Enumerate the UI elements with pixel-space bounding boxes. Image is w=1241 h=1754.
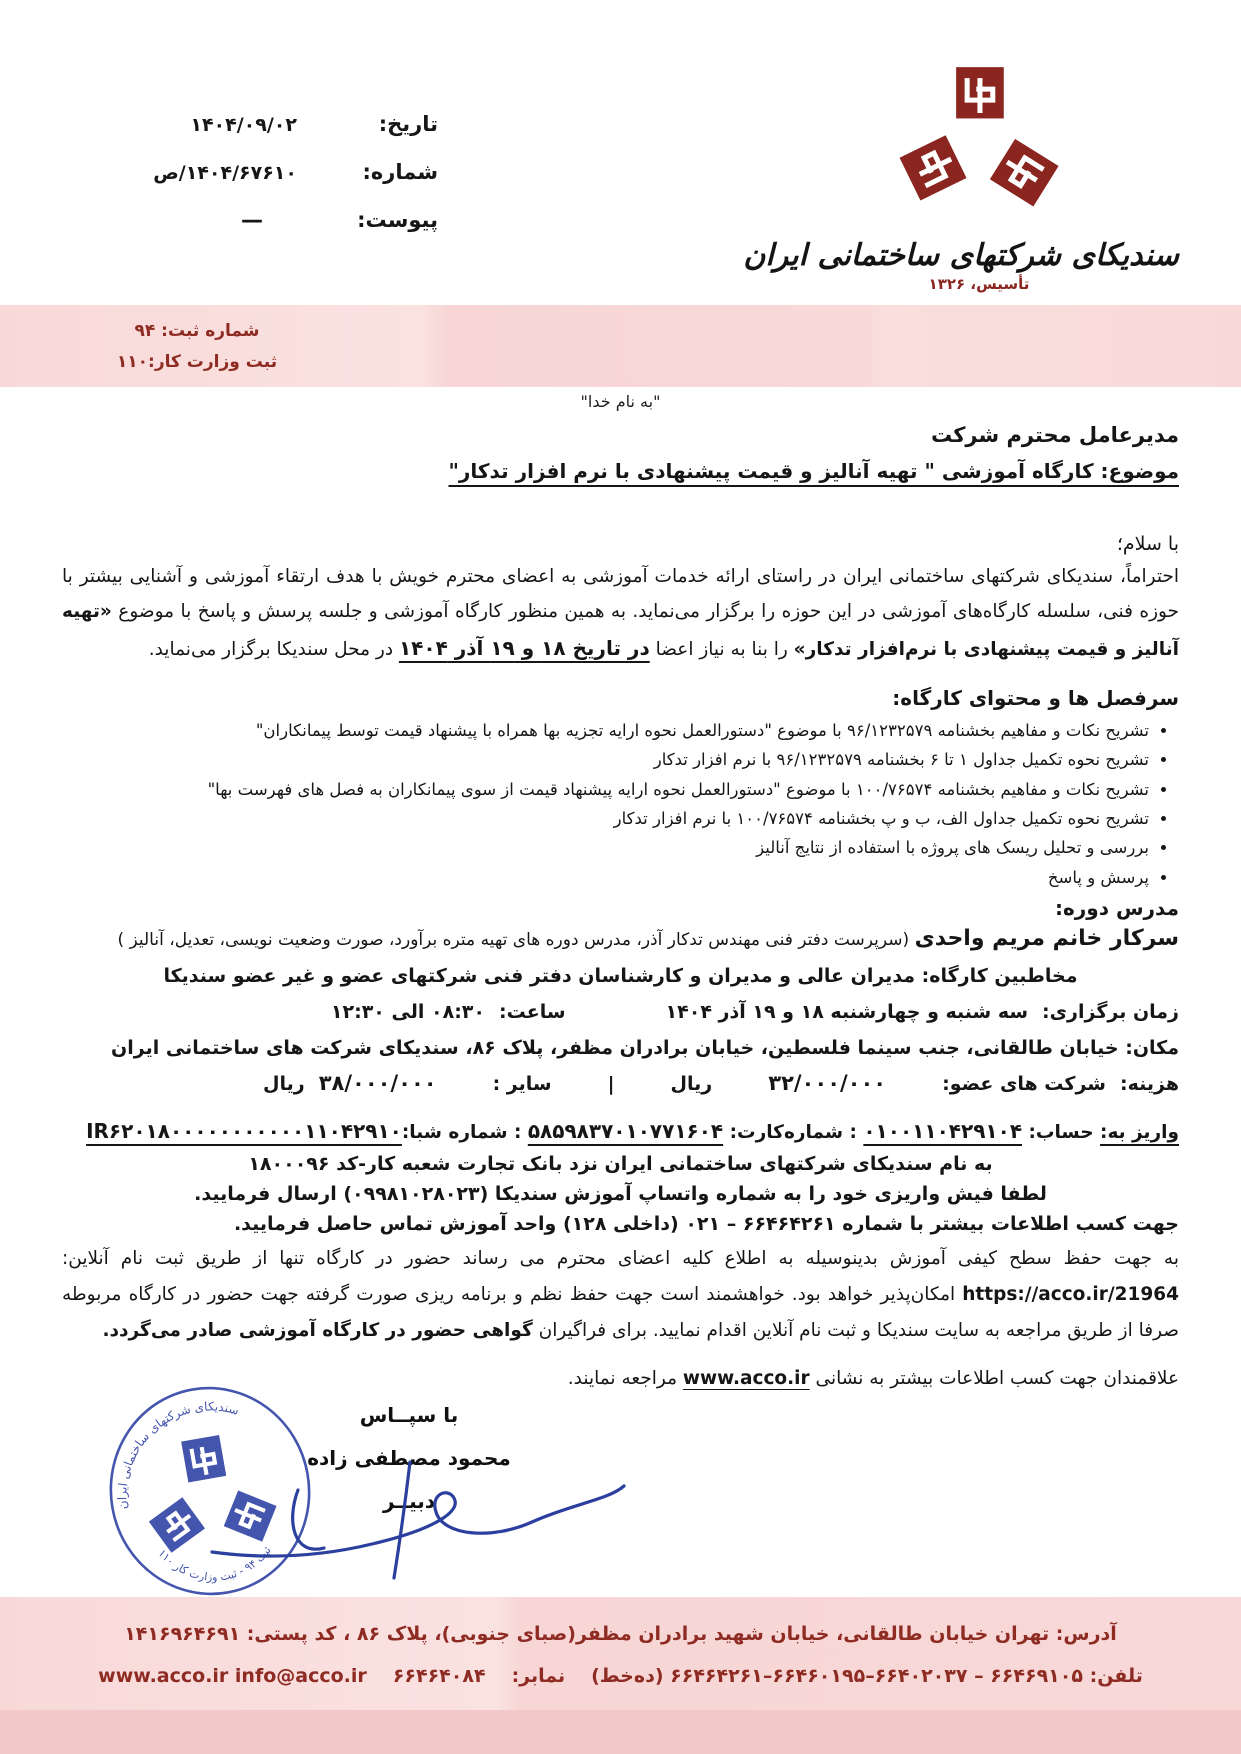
attachment-label: پیوست: — [333, 208, 438, 232]
recipient-line: مدیرعامل محترم شرکت — [62, 423, 1179, 447]
card-number: ۵۸۵۹۸۳۷۰۱۰۷۷۱۶۰۴ — [528, 1119, 723, 1143]
topic-item: تشریح نکات و مفاهیم بخشنامه ۱۰۰/۷۶۵۷۴ با… — [62, 775, 1149, 804]
footer-fax-value: ۶۶۴۶۴۰۸۴ — [393, 1665, 486, 1687]
topic-item: تشریح نکات و مفاهیم بخشنامه ۹۶/۱۲۳۲۵۷۹ ب… — [62, 716, 1149, 745]
website-url: www.acco.ir — [683, 1368, 810, 1389]
salutation: با سلام؛ — [62, 533, 1179, 555]
footer-website-email: www.acco.ir info@acco.ir — [98, 1665, 367, 1687]
topics-heading: سرفصل ها و محتوای کارگاه: — [62, 686, 1179, 710]
certificate-note-bold: گواهی حضور در کارگاه آموزشی صادر می‌گردد… — [103, 1320, 533, 1341]
payment-line: واریز به: حساب: ۰۱۰۰۱۱۰۴۲۹۱۰۴ : شماره‌کا… — [62, 1119, 1179, 1143]
card-label: : شماره‌کارت: — [730, 1122, 864, 1143]
scanned-letter-page: تاریخ: ۱۴۰۴/۰۹/۰۲ شماره: ۱۴۰۴/۶۷۶۱۰/ص پی… — [0, 0, 1241, 1754]
topic-item: پرسش و پاسخ — [62, 863, 1149, 892]
sheba-number: IR۶۲۰۱۸۰۰۰۰۰۰۰۰۰۰۰۱۱۰۴۲۹۱۰ — [86, 1119, 402, 1143]
location-value: خیابان طالقانی، جنب سینما فلسطین، خیابان… — [111, 1037, 1125, 1059]
location-line: مکان: خیابان طالقانی، جنب سینما فلسطین، … — [62, 1037, 1179, 1059]
org-name-calligraphy: سندیکای شرکتهای ساختمانی ایران — [779, 238, 1179, 273]
footer-contact-line: تلفن: ۶۶۴۶۹۱۰۵ – ۶۶۴۰۲۰۳۷–۶۶۴۶۰۱۹۵–۶۶۴۶۴… — [0, 1665, 1241, 1687]
schedule-label: زمان برگزاری: — [1042, 1001, 1179, 1023]
registration-band: شماره ثبت: ۹۴ ثبت وزارت کار:۱۱۰ — [0, 305, 1241, 387]
time-value: ۰۸:۳۰ الی ۱۲:۳۰ — [331, 1001, 485, 1023]
sheba-label: : شماره شبا: — [402, 1122, 528, 1143]
website-note-text-2: مراجعه نمایند. — [568, 1368, 683, 1389]
footer-bottom-strip — [0, 1710, 1241, 1754]
fee-line: هزینه: شرکت های عضو: ۳۲/۰۰۰/۰۰۰ ریال | س… — [62, 1071, 1179, 1095]
intro-text-2: را بنا به نیاز اعضا — [650, 639, 794, 660]
online-registration-paragraph: به جهت حفظ سطح کیفی آموزش بدینوسیله به ا… — [62, 1241, 1179, 1349]
letter-body: "به نام خدا" مدیرعامل محترم شرکت موضوع: … — [62, 392, 1179, 1389]
footer-fax-label: نمابر: — [512, 1665, 566, 1687]
website-note-text-1: علاقمندان جهت کسب اطلاعات بیشتر به نشانی — [810, 1368, 1179, 1389]
fee-member-value: ۳۲/۰۰۰/۰۰۰ — [768, 1071, 886, 1095]
date-value: ۱۴۰۴/۰۹/۰۲ — [190, 114, 297, 136]
footer-phones: تلفن: ۶۶۴۶۹۱۰۵ – ۶۶۴۰۲۰۳۷–۶۶۴۶۰۱۹۵–۶۶۴۶۴… — [591, 1665, 1143, 1687]
date-label: تاریخ: — [333, 112, 438, 136]
org-established: تأسیس، ۱۳۲۶ — [779, 275, 1179, 293]
fee-other-unit: ریال — [263, 1073, 305, 1095]
date-row: تاریخ: ۱۴۰۴/۰۹/۰۲ — [78, 112, 438, 136]
intro-date-bold: در تاریخ ۱۸ و ۱۹ آذر ۱۴۰۴ — [399, 636, 650, 660]
fee-member-label: شرکت های عضو: — [942, 1073, 1106, 1095]
signature-thanks: با سپــاس — [284, 1394, 534, 1437]
attachment-value: — — [241, 208, 263, 233]
instructor-desc: (سرپرست دفتر فنی مهندس تدکار آذر، مدرس د… — [117, 930, 914, 950]
number-value: ۱۴۰۴/۶۷۶۱۰/ص — [153, 162, 297, 184]
intro-text-1: احتراماً، سندیکای شرکتهای ساختمانی ایران… — [62, 566, 1179, 622]
location-label: مکان: — [1125, 1037, 1179, 1059]
topic-item: تشریح نحوه تکمیل جداول الف، ب و پ بخشنام… — [62, 804, 1149, 833]
intro-text-3: در محل سندیکا برگزار می‌نماید. — [149, 639, 399, 660]
audience-value: مدیران عالی و مدیران و کارشناسان دفتر فن… — [163, 965, 921, 987]
attachment-row: پیوست: — — [78, 208, 438, 233]
fee-other-label: سایر : — [493, 1073, 552, 1095]
signature-block: سندیکای شرکتهای ساختمانی ایران ثبت ۹۴ - … — [104, 1388, 624, 1618]
fee-label: هزینه: — [1120, 1073, 1179, 1095]
footer-band: آدرس: تهران خیابان طالقانی، خیابان شهید … — [0, 1597, 1241, 1754]
subject-line: موضوع: کارگاه آموزشی " تهیه آنالیز و قیم… — [62, 459, 1179, 483]
org-letterhead: سندیکای شرکتهای ساختمانی ایران تأسیس، ۱۳… — [779, 58, 1179, 293]
instructor-name: سرکار خانم مریم واحدی — [915, 926, 1179, 951]
footer-address: آدرس: تهران خیابان طالقانی، خیابان شهید … — [0, 1623, 1241, 1645]
topic-item: بررسی و تحلیل ریسک های پروژه با استفاده … — [62, 833, 1149, 862]
registration-url: https://acco.ir/21964 — [962, 1284, 1179, 1305]
contact-note-line: جهت کسب اطلاعات بیشتر با شماره ۶۶۴۶۴۲۶۱ … — [62, 1213, 1179, 1235]
online-text-1: به جهت حفظ سطح کیفی آموزش بدینوسیله به ا… — [62, 1248, 1179, 1269]
topic-item: تشریح نحوه تکمیل جداول ۱ تا ۶ بخشنامه ۹۶… — [62, 745, 1149, 774]
syndicate-logo-icon — [897, 58, 1062, 232]
fee-member-unit: ریال — [671, 1073, 713, 1095]
schedule-line: زمان برگزاری: سه شنبه و چهارشنبه ۱۸ و ۱۹… — [62, 1001, 1179, 1023]
registration-numbers: شماره ثبت: ۹۴ ثبت وزارت کار:۱۱۰ — [92, 316, 302, 377]
audience-label: مخاطبین کارگاه: — [922, 965, 1078, 987]
number-row: شماره: ۱۴۰۴/۶۷۶۱۰/ص — [78, 160, 438, 184]
topics-list: تشریح نکات و مفاهیم بخشنامه ۹۶/۱۲۳۲۵۷۹ ب… — [62, 716, 1179, 892]
reg-number: شماره ثبت: ۹۴ — [92, 316, 302, 347]
instructor-line: سرکار خانم مریم واحدی (سرپرست دفتر فنی م… — [62, 926, 1179, 951]
letter-meta: تاریخ: ۱۴۰۴/۰۹/۰۲ شماره: ۱۴۰۴/۶۷۶۱۰/ص پی… — [78, 112, 438, 257]
time-label: ساعت: — [499, 1001, 566, 1023]
payment-label: واریز به: — [1100, 1122, 1179, 1143]
number-label: شماره: — [333, 160, 438, 184]
labor-ministry-reg: ثبت وزارت کار:۱۱۰ — [92, 347, 302, 378]
bismillah: "به نام خدا" — [62, 392, 1179, 411]
secretary-signature — [200, 1454, 630, 1594]
account-holder-line: به نام سندیکای شرکتهای ساختمانی ایران نز… — [62, 1153, 1179, 1175]
intro-paragraph: احتراماً، سندیکای شرکتهای ساختمانی ایران… — [62, 559, 1179, 667]
receipt-note-line: لطفا فیش واریزی خود را به شماره واتساپ آ… — [62, 1183, 1179, 1205]
schedule-value: سه شنبه و چهارشنبه ۱۸ و ۱۹ آذر ۱۴۰۴ — [666, 1001, 1029, 1023]
audience-line: مخاطبین کارگاه: مدیران عالی و مدیران و ک… — [62, 965, 1179, 987]
account-label: حساب: — [1029, 1122, 1101, 1143]
fee-other-value: ۳۸/۰۰۰/۰۰۰ — [319, 1071, 437, 1095]
footer-content: آدرس: تهران خیابان طالقانی، خیابان شهید … — [0, 1597, 1241, 1687]
account-number: ۰۱۰۰۱۱۰۴۲۹۱۰۴ — [863, 1119, 1022, 1143]
instructor-heading: مدرس دوره: — [62, 896, 1179, 920]
fee-separator: | — [608, 1073, 615, 1095]
